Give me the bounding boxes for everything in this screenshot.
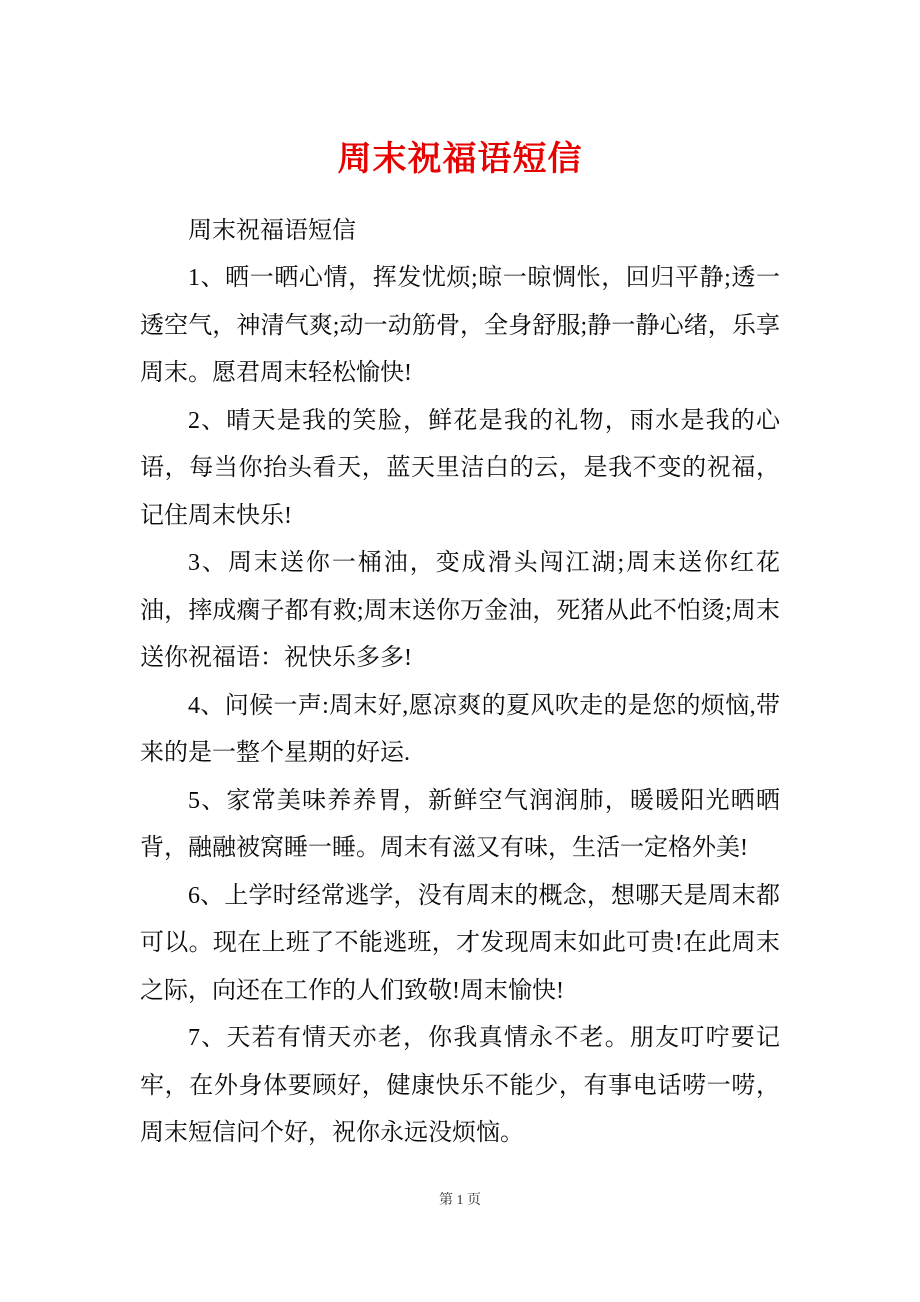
- body-paragraph: 4、问候一声:周末好,愿凉爽的夏风吹走的是您的烦恼,带来的是一整个星期的好运.: [140, 683, 780, 778]
- body-paragraph: 2、晴天是我的笑脸，鲜花是我的礼物，雨水是我的心语，每当你抬头看天，蓝天里洁白的…: [140, 398, 780, 541]
- document-title: 周末祝福语短信: [0, 138, 920, 181]
- document-body: 周末祝福语短信 1、晒一晒心情，挥发忧烦;晾一晾惆怅，回归平静;透一透空气，神清…: [140, 208, 780, 1158]
- body-paragraph: 1、晒一晒心情，挥发忧烦;晾一晾惆怅，回归平静;透一透空气，神清气爽;动一动筋骨…: [140, 255, 780, 398]
- body-paragraph: 5、家常美味养养胃，新鲜空气润润肺，暖暖阳光晒晒背，融融被窝睡一睡。周末有滋又有…: [140, 778, 780, 873]
- body-paragraph: 7、天若有情天亦老，你我真情永不老。朋友叮咛要记牢，在外身体要顾好，健康快乐不能…: [140, 1015, 780, 1158]
- body-paragraph: 6、上学时经常逃学，没有周末的概念，想哪天是周末都可以。现在上班了不能逃班，才发…: [140, 873, 780, 1016]
- body-paragraph: 3、周末送你一桶油，变成滑头闯江湖;周末送你红花油，摔成瘸子都有救;周末送你万金…: [140, 540, 780, 683]
- document-subtitle: 周末祝福语短信: [140, 208, 780, 256]
- document-page: 周末祝福语短信 周末祝福语短信 1、晒一晒心情，挥发忧烦;晾一晾惆怅，回归平静;…: [0, 0, 920, 1302]
- page-number: 第 1 页: [0, 1191, 920, 1211]
